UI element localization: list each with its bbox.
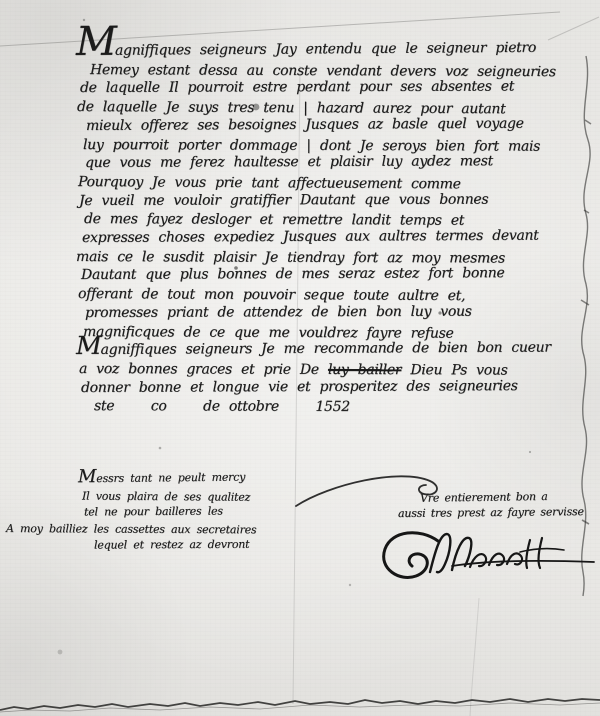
closing-line: aussi tres prest az fayre servisse xyxy=(398,505,594,522)
postscript-line: Messrs tant ne peult mercy xyxy=(6,469,306,489)
signature-flourish xyxy=(384,533,594,578)
letter-line: Dautant que plus bonnes de mes seraz est… xyxy=(76,264,578,285)
postscript-line: tel ne pour bailleres les xyxy=(6,503,306,522)
letter-line: de laquelle Il pourroit estre perdant po… xyxy=(76,78,578,98)
closing-block: Vre entierement bon a aussi tres prest a… xyxy=(398,492,594,521)
letter-line: Magniffiques seigneurs Je me recommande … xyxy=(76,339,578,360)
bottom-torn-edge-shadow xyxy=(0,703,600,712)
letter-line: expresses choses expediez Jusques aux au… xyxy=(76,226,578,247)
letter-line: donner bonne et longue vie et prosperite… xyxy=(76,376,578,397)
manuscript-scan: Magniffiques seigneurs Jay entendu que l… xyxy=(0,0,600,716)
date-line: ste co de ottobre 1552 xyxy=(76,397,578,417)
letter-line: promesses priant de attendez de bien bon… xyxy=(76,302,578,322)
closing-line: Vre entierement bon a xyxy=(398,489,594,506)
lower-crease-line xyxy=(470,598,479,716)
signature-underline xyxy=(452,561,594,566)
postscript-note: Messrs tant ne peult mercy Il vous plair… xyxy=(6,472,306,554)
letter-line: mieulx offerez ses besoignes Jusques az … xyxy=(76,114,578,135)
letter-line: Magniffiques seigneurs Jay entendu que l… xyxy=(76,38,578,60)
postscript-line: lequel et restez az devront xyxy=(6,536,306,554)
line-post-text: Dieu Ps vous xyxy=(401,362,507,378)
letter-line: que vous me ferez haultesse et plaisir l… xyxy=(76,152,578,173)
line-pre-text: a voz bonnes graces et prie De xyxy=(79,361,328,378)
corner-crease-line xyxy=(548,17,599,40)
right-edge-nicks xyxy=(581,120,591,524)
bottom-torn-edge xyxy=(0,699,600,710)
letter-body: Magniffiques seigneurs Jay entendu que l… xyxy=(76,42,578,416)
struck-word: luy bailler xyxy=(328,362,401,378)
letter-line: Je vueil me vouloir gratiffier Dautant q… xyxy=(76,190,578,210)
